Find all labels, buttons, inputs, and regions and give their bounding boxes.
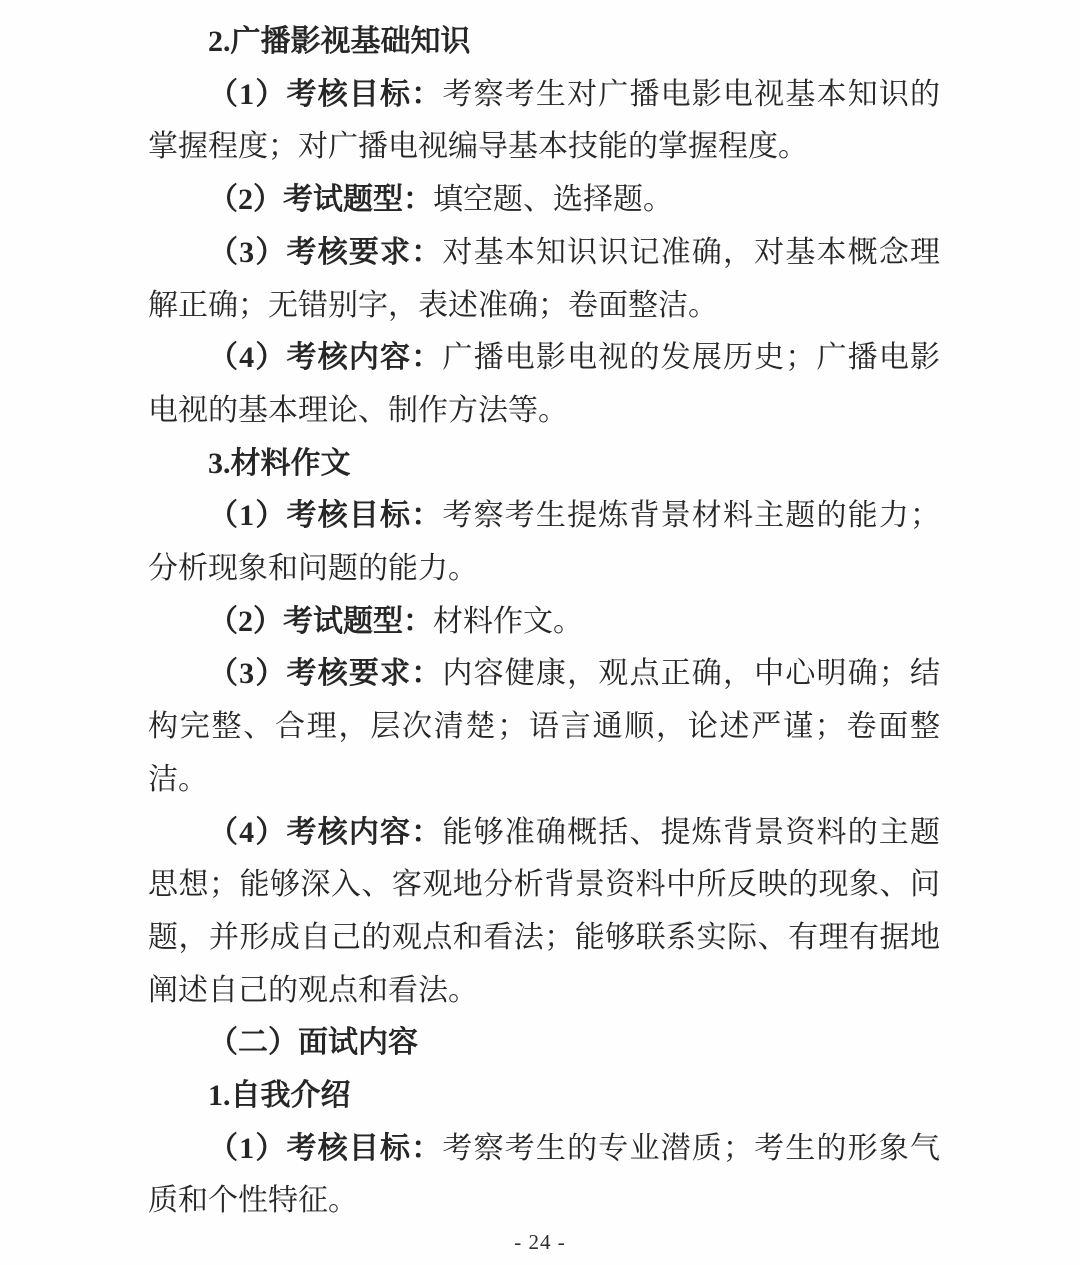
paragraph-text: 材料作文。 (433, 605, 583, 638)
paragraph-label: （2）考试题型： (208, 605, 433, 638)
paragraph: （1）考核目标：考察考生对广播电影电视基本知识的掌握程度；对广播电视编导基本技能… (148, 69, 940, 174)
paragraph: （4）考核内容：广播电影电视的发展历史；广播电影电视的基本理论、制作方法等。 (148, 332, 940, 437)
section-heading: 2.广播影视基础知识 (148, 16, 940, 69)
paragraph: （1）考核目标：考察考生提炼背景材料主题的能力；分析现象和问题的能力。 (148, 490, 940, 595)
paragraph: （1）考核目标：考察考生的专业潜质；考生的形象气质和个性特征。 (148, 1123, 940, 1228)
paragraph-label: （1）考核目标： (208, 499, 442, 532)
heading-text: 1.自我介绍 (208, 1079, 351, 1112)
paragraph-label: （1）考核目标： (208, 1132, 442, 1165)
paragraph-text: 填空题、选择题。 (433, 183, 673, 216)
heading-text: 3.材料作文 (208, 447, 351, 480)
document-page: 2.广播影视基础知识 （1）考核目标：考察考生对广播电影电视基本知识的掌握程度；… (0, 0, 1080, 1265)
document-body: 2.广播影视基础知识 （1）考核目标：考察考生对广播电影电视基本知识的掌握程度；… (148, 16, 940, 1228)
paragraph: （4）考核内容：能够准确概括、提炼背景资料的主题思想；能够深入、客观地分析背景资… (148, 807, 940, 1018)
section-heading: 1.自我介绍 (148, 1070, 940, 1123)
section-heading: （二）面试内容 (148, 1017, 940, 1070)
paragraph-label: （4）考核内容： (208, 816, 442, 849)
paragraph-label: （2）考试题型： (208, 183, 433, 216)
heading-text: 2.广播影视基础知识 (208, 25, 471, 58)
page-number: - 24 - (0, 1230, 1080, 1255)
paragraph: （2）考试题型：材料作文。 (148, 596, 940, 649)
paragraph-label: （4）考核内容： (208, 341, 442, 374)
section-heading: 3.材料作文 (148, 438, 940, 491)
heading-text: （二）面试内容 (208, 1026, 418, 1059)
paragraph: （3）考核要求：内容健康，观点正确，中心明确；结构完整、合理，层次清楚；语言通顺… (148, 648, 940, 806)
paragraph: （3）考核要求：对基本知识识记准确，对基本概念理解正确；无错别字，表述准确；卷面… (148, 227, 940, 332)
paragraph-label: （1）考核目标： (208, 78, 442, 111)
paragraph-label: （3）考核要求： (208, 657, 442, 690)
paragraph-label: （3）考核要求： (208, 236, 442, 269)
paragraph: （2）考试题型：填空题、选择题。 (148, 174, 940, 227)
